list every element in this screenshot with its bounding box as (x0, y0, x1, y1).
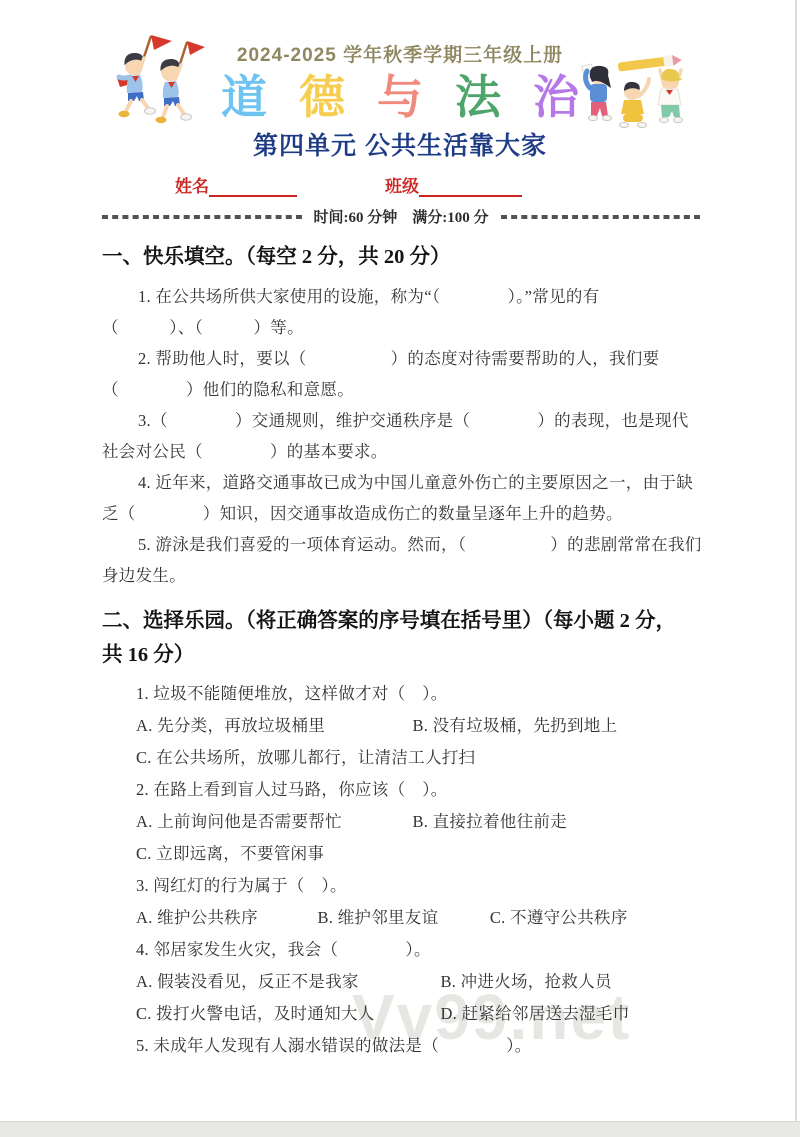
mc-q2-option-b: B. 直接拉着他往前走 (412, 812, 567, 831)
section2-heading-line1: 二、选择乐园。（将正确答案的序号填在括号里）（每小题 2 分， (102, 604, 704, 638)
cheering-boy-middle (620, 79, 650, 128)
children-cheering-illustration (576, 50, 696, 138)
fill-q5-line1: 5. 游泳是我们喜爱的一项体育运动。然而，（ ）的悲剧常常在我们 (102, 529, 704, 560)
mc-q4-option-c: C. 拨打火警电话，及时通知大人 (136, 998, 436, 1030)
subject-char: 与 (377, 73, 423, 121)
mc-q2-options-ab: A. 上前询问他是否需要帮忙 B. 直接拉着他往前走 (102, 806, 704, 838)
mc-q4-option-a: A. 假装没看见，反正不是我家 (136, 966, 436, 998)
name-label: 姓名 (175, 172, 209, 197)
mc-q3-option-a: A. 维护公共秩序 (136, 902, 313, 934)
name-field: 姓名 (175, 172, 297, 197)
fill-q2-line1: 2. 帮助他人时，要以（ ）的态度对待需要帮助的人，我们要 (102, 343, 704, 374)
exam-body: 一、快乐填空。（每空 2 分，共 20 分） 1. 在公共场所供大家使用的设施，… (0, 240, 800, 1062)
fill-q5-line2: 身边发生。 (102, 560, 704, 591)
fill-q1-line1: 1. 在公共场所供大家使用的设施，称为“（ ）。”常见的有 (102, 281, 704, 312)
fill-q4-line1: 4. 近年来，道路交通事故已成为中国儿童意外伤亡的主要原因之一，由于缺 (102, 467, 704, 498)
subject-char: 治 (533, 73, 579, 121)
mc-q3-stem: 3. 闯红灯的行为属于（ ）。 (102, 870, 704, 902)
subject-char: 德 (299, 73, 345, 121)
decorative-separator-row: 时间:60 分钟 满分:100 分 (102, 206, 700, 227)
subject-char: 法 (455, 73, 501, 121)
exam-paper-page: 2024-2025 学年秋季学期三年级上册 道德与法治 第四单元 公共生活靠大家… (0, 0, 800, 1121)
mc-q1-option-b: B. 没有垃圾桶，先扔到地上 (412, 716, 617, 735)
fill-q3-line1: 3.（ ）交通规则，维护交通秩序是（ ）的表现，也是现代 (102, 405, 704, 436)
fill-q4-line2: 乏（ ）知识，因交通事故造成伤亡的数量呈逐年上升的趋势。 (102, 498, 704, 529)
mc-q4-option-b: B. 冲进火场，抢救人员 (440, 972, 611, 991)
class-blank-line (419, 182, 522, 197)
running-student-2 (156, 59, 192, 123)
cheering-boy-right (658, 69, 683, 123)
mc-q1-option-a: A. 先分类，再放垃圾桶里 (136, 710, 408, 742)
fill-q1-line2: （ ）、（ ）等。 (102, 312, 704, 343)
cheering-girl (582, 64, 612, 121)
fill-q3-line2: 社会对公民（ ）的基本要求。 (102, 436, 704, 467)
children-running-illustration (104, 30, 206, 144)
running-student-1 (117, 53, 156, 117)
mc-q1-options-ab: A. 先分类，再放垃圾桶里 B. 没有垃圾桶，先扔到地上 (102, 710, 704, 742)
page-bottom-margin (0, 1121, 800, 1137)
mc-q2-stem: 2. 在路上看到盲人过马路，你应该（ ）。 (102, 774, 704, 806)
section1-heading: 一、快乐填空。（每空 2 分，共 20 分） (102, 240, 704, 274)
mc-q5-stem: 5. 未成年人发现有人溺水错误的做法是（ ）。 (102, 1030, 704, 1062)
class-field: 班级 (385, 172, 522, 197)
mc-q3-options-abc: A. 维护公共秩序 B. 维护邻里友谊 C. 不遵守公共秩序 (102, 902, 704, 934)
separator-chain-right (501, 215, 701, 219)
student-info-row: 姓名 班级 (175, 172, 800, 197)
mc-q1-stem: 1. 垃圾不能随便堆放，这样做才对（ ）。 (102, 678, 704, 710)
time-score-text: 时间:60 分钟 满分:100 分 (314, 206, 489, 227)
fill-q2-line2: （ ）他们的隐私和意愿。 (102, 374, 704, 405)
mc-q4-option-d: D. 赶紧给邻居送去湿毛巾 (440, 1004, 629, 1023)
mc-q3-option-c: C. 不遵守公共秩序 (490, 908, 628, 927)
mc-q2-option-a: A. 上前询问他是否需要帮忙 (136, 806, 408, 838)
mc-q3-option-b: B. 维护邻里友谊 (317, 902, 485, 934)
separator-chain-left (102, 215, 302, 219)
fill-in-blank-section: 1. 在公共场所供大家使用的设施，称为“（ ）。”常见的有 （ ）、（ ）等。 … (102, 281, 704, 591)
subject-char: 道 (221, 73, 267, 121)
mc-q1-option-c: C. 在公共场所，放哪儿都行，让清洁工人打扫 (102, 742, 704, 774)
multiple-choice-section: 1. 垃圾不能随便堆放，这样做才对（ ）。 A. 先分类，再放垃圾桶里 B. 没… (102, 678, 704, 1062)
class-label: 班级 (385, 172, 419, 197)
section2-heading-line2: 共 16 分） (102, 638, 704, 672)
mc-q4-stem: 4. 邻居家发生火灾，我会（ ）。 (102, 934, 704, 966)
mc-q4-options-cd: C. 拨打火警电话，及时通知大人 D. 赶紧给邻居送去湿毛巾 (102, 998, 704, 1030)
mc-q2-option-c: C. 立即远离，不要管闲事 (102, 838, 704, 870)
name-blank-line (209, 182, 297, 197)
mc-q4-options-ab: A. 假装没看见，反正不是我家 B. 冲进火场，抢救人员 (102, 966, 704, 998)
